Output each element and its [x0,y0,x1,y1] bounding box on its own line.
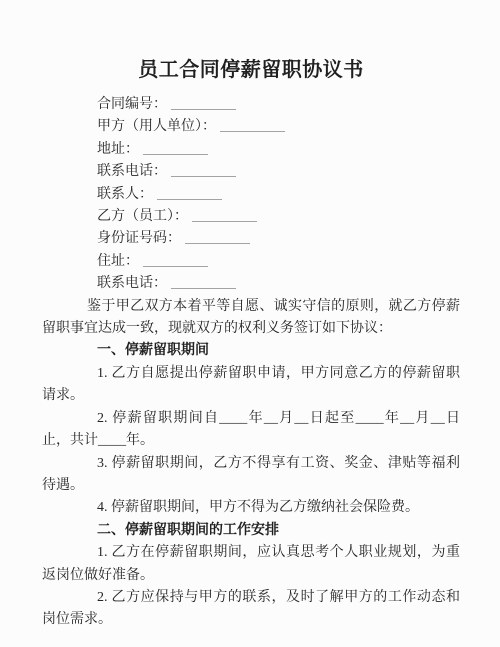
blank-line [143,266,208,267]
field-label: 合同编号： [97,97,167,112]
document-title: 员工合同停薪留职协议书 [42,57,460,83]
field-party-b-address: 住址： [42,251,460,273]
blank-line [192,221,257,222]
field-party-a-phone: 联系电话： [42,161,460,183]
document-page: 员工合同停薪留职协议书 合同编号： 甲方（用人单位）： 地址： 联系电话： 联系… [0,0,500,647]
section-1-item-4: 4. 停薪留职期间，甲方不得为乙方缴纳社会保险费。 [42,497,460,519]
field-label: 住址： [97,254,139,269]
field-label: 乙方（员工）： [97,209,188,224]
field-party-b-phone: 联系电话： [42,273,460,295]
field-party-a: 甲方（用人单位）： [42,116,460,138]
contract-header-fields: 合同编号： 甲方（用人单位）： 地址： 联系电话： 联系人： 乙方（员工）： 身… [42,94,460,296]
section-1-item-2: 2. 停薪留职期间自____年__月__日起至____年__月__日止，共计__… [42,408,460,453]
section-2-heading: 二、停薪留职期间的工作安排 [42,520,460,542]
field-label: 联系电话： [97,276,167,291]
section-1-item-3: 3. 停薪留职期间，乙方不得享有工资、奖金、津贴等福利待遇。 [42,453,460,498]
blank-line [171,176,236,177]
blank-line [185,243,250,244]
field-label: 甲方（用人单位）： [97,119,216,134]
blank-line [171,288,236,289]
section-1-item-1: 1. 乙方自愿提出停薪留职申请，甲方同意乙方的停薪留职请求。 [42,363,460,408]
field-party-b: 乙方（员工）： [42,206,460,228]
blank-line [143,154,208,155]
blank-line [220,131,285,132]
field-contact-person: 联系人： [42,184,460,206]
field-contract-number: 合同编号： [42,94,460,116]
intro-paragraph: 鉴于甲乙双方本着平等自愿、诚实守信的原则，就乙方停薪留职事宜达成一致，现就双方的… [42,296,460,341]
section-2-item-1: 1. 乙方在停薪留职期间，应认真思考个人职业规划，为重返岗位做好准备。 [42,542,460,587]
blank-line [171,109,236,110]
field-label: 联系电话： [97,164,167,179]
field-party-a-address: 地址： [42,139,460,161]
field-label: 地址： [97,142,139,157]
field-label: 联系人： [97,187,153,202]
field-id-number: 身份证号码： [42,228,460,250]
section-2-item-2: 2. 乙方应保持与甲方的联系，及时了解甲方的工作动态和岗位需求。 [42,587,460,632]
field-label: 身份证号码： [97,231,181,246]
blank-line [157,199,222,200]
section-1-heading: 一、停薪留职期间 [42,340,460,362]
